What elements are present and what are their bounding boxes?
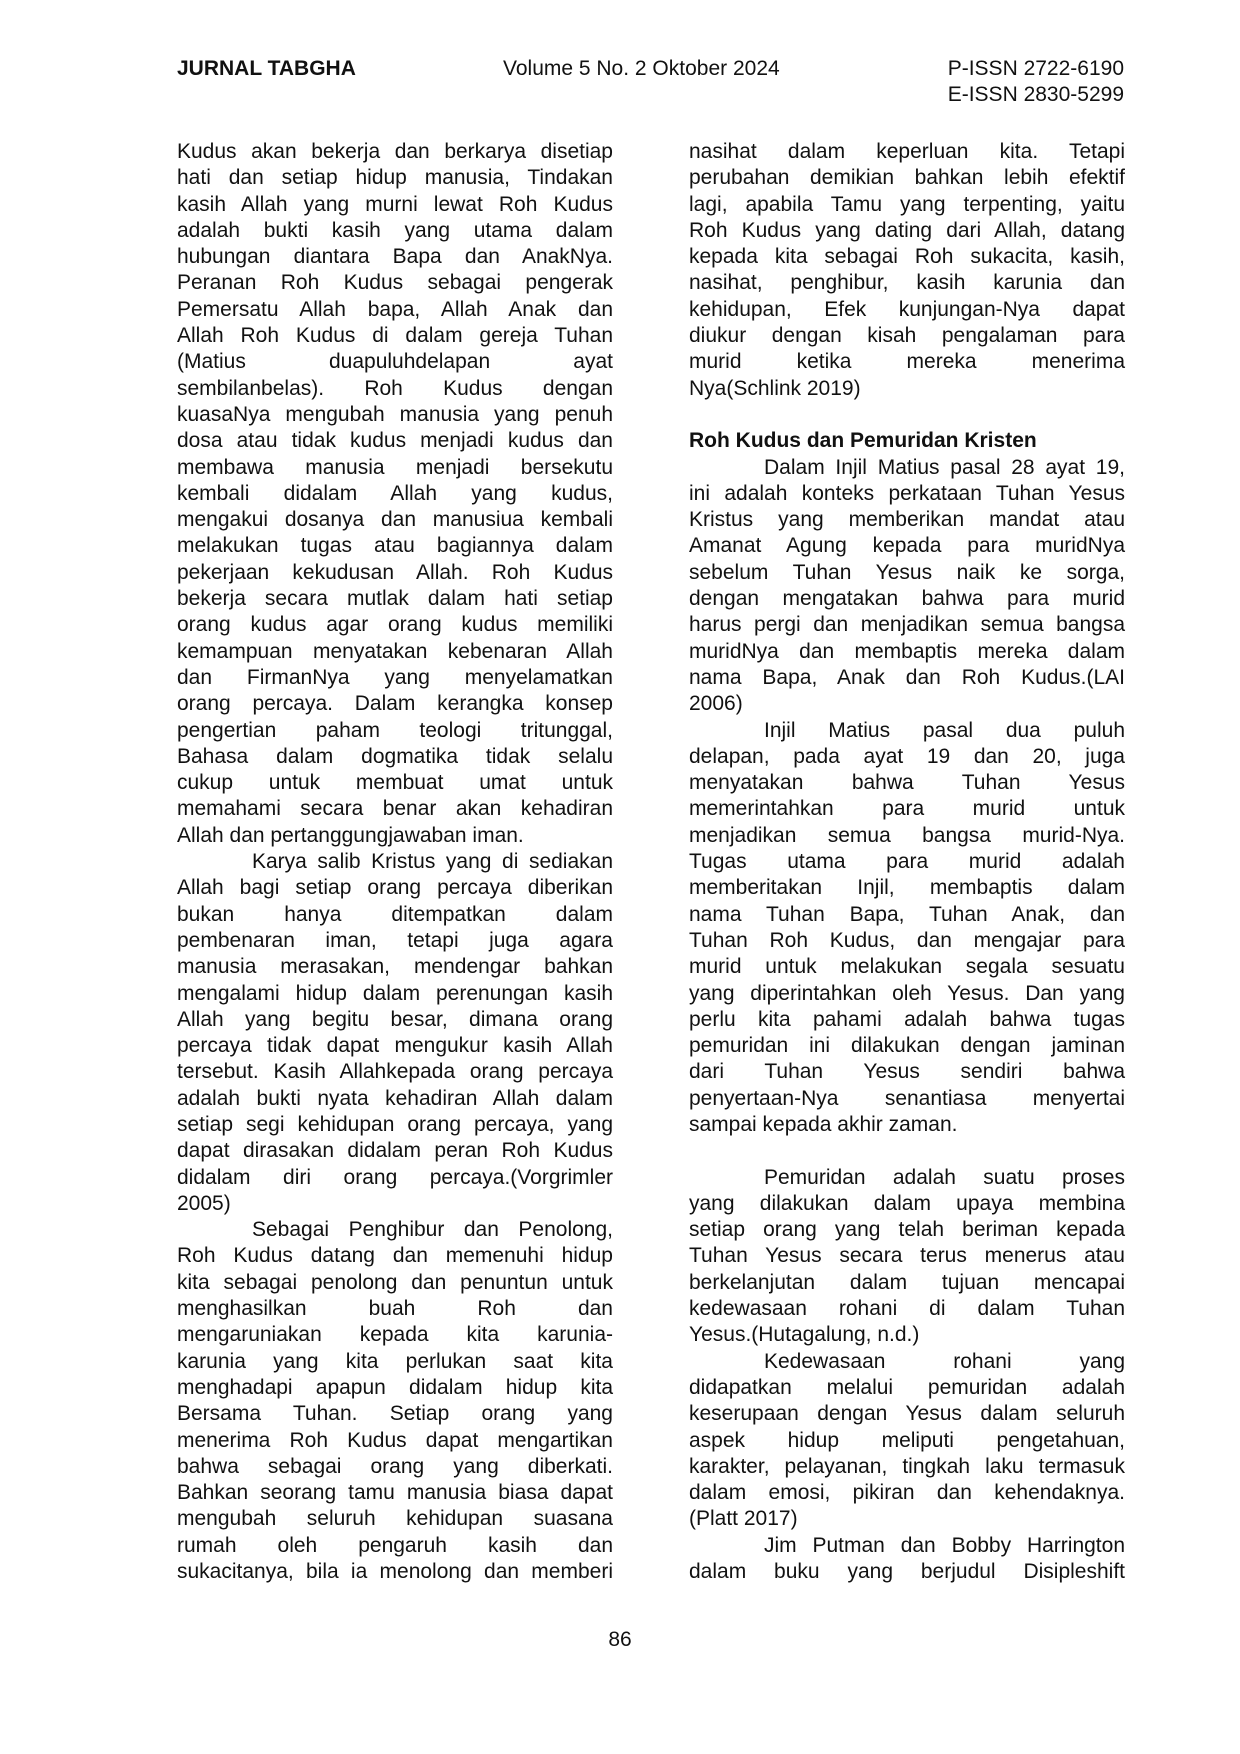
text-line: orang percaya. Dalam kerangka konsep: [177, 691, 613, 717]
text-line: sembilanbelas). Roh Kudus dengan: [177, 376, 613, 402]
text-line: dengan mengatakan bahwa para murid: [689, 586, 1125, 612]
text-line: muridNya dan membaptis mereka dalam: [689, 639, 1125, 665]
text-line: berkelanjutan dalam tujuan mencapai: [689, 1270, 1125, 1296]
text-line: diukur dengan kisah pengalaman para: [689, 323, 1125, 349]
text-line: Pemersatu Allah bapa, Allah Anak dan: [177, 297, 613, 323]
text-line: nasihat, penghibur, kasih karunia dan: [689, 270, 1125, 296]
text-line: mengubah seluruh kehidupan suasana: [177, 1506, 613, 1532]
text-line: dan FirmanNya yang menyelamatkan: [177, 665, 613, 691]
text-line: Allah yang begitu besar, dimana orang: [177, 1007, 613, 1033]
journal-title: JURNAL TABGHA: [177, 56, 356, 82]
text-line: kasih Allah yang murni lewat Roh Kudus: [177, 192, 613, 218]
text-line: (Platt 2017): [689, 1506, 1125, 1532]
text-line: dosa atau tidak kudus menjadi kudus dan: [177, 428, 613, 454]
issn-block: P-ISSN 2722-6190 E-ISSN 2830-5299: [948, 56, 1124, 108]
text-line: murid ketika mereka menerima: [689, 349, 1125, 375]
text-line: dapat dirasakan didalam peran Roh Kudus: [177, 1138, 613, 1164]
text-line: yang dilakukan dalam upaya membina: [689, 1191, 1125, 1217]
text-line: kembali didalam Allah yang kudus,: [177, 481, 613, 507]
text-line: dalam emosi, pikiran dan kehendaknya.: [689, 1480, 1125, 1506]
text-line: keserupaan dengan Yesus dalam seluruh: [689, 1401, 1125, 1427]
text-line: Tuhan Yesus secara terus menerus atau: [689, 1243, 1125, 1269]
text-line: Peranan Roh Kudus sebagai pengerak: [177, 270, 613, 296]
text-line: didalam diri orang percaya.(Vorgrimler: [177, 1165, 613, 1191]
text-line: 2005): [177, 1191, 613, 1217]
text-line: menghasilkan buah Roh dan: [177, 1296, 613, 1322]
section-heading: Roh Kudus dan Pemuridan Kristen: [689, 428, 1125, 454]
text-line: Amanat Agung kepada para muridNya: [689, 533, 1125, 559]
volume-issue: Volume 5 No. 2 Oktober 2024: [503, 56, 780, 82]
text-line: kuasaNya mengubah manusia yang penuh: [177, 402, 613, 428]
text-line: Bahasa dalam dogmatika tidak selalu: [177, 744, 613, 770]
p-issn: P-ISSN 2722-6190: [948, 56, 1124, 82]
right-text-column: nasihat dalam keperluan kita. Tetapiperu…: [689, 139, 1125, 1585]
text-line: (Matius duapuluhdelapan ayat: [177, 349, 613, 375]
text-line: Jim Putman dan Bobby Harrington: [689, 1533, 1125, 1559]
text-line: kedewasaan rohani di dalam Tuhan: [689, 1296, 1125, 1322]
text-line: karakter, pelayanan, tingkah laku termas…: [689, 1454, 1125, 1480]
text-line: yang diperintahkan oleh Yesus. Dan yang: [689, 981, 1125, 1007]
text-line: pembenaran iman, tetapi juga agara: [177, 928, 613, 954]
text-line: menghadapi apapun didalam hidup kita: [177, 1375, 613, 1401]
text-line: karunia yang kita perlukan saat kita: [177, 1349, 613, 1375]
text-line: adalah bukti nyata kehadiran Allah dalam: [177, 1086, 613, 1112]
text-line: delapan, pada ayat 19 dan 20, juga: [689, 744, 1125, 770]
text-line: murid untuk melakukan segala sesuatu: [689, 954, 1125, 980]
left-text-column: Kudus akan bekerja dan berkarya disetiap…: [177, 139, 613, 1585]
text-line: pekerjaan kekudusan Allah. Roh Kudus: [177, 560, 613, 586]
text-line: mengaruniakan kepada kita karunia-: [177, 1322, 613, 1348]
text-line: adalah bukti kasih yang utama dalam: [177, 218, 613, 244]
text-line: Kristus yang memberikan mandat atau: [689, 507, 1125, 533]
text-line: hati dan setiap hidup manusia, Tindakan: [177, 165, 613, 191]
text-line: percaya tidak dapat mengukur kasih Allah: [177, 1033, 613, 1059]
text-line: hubungan diantara Bapa dan AnakNya.: [177, 244, 613, 270]
text-line: dari Tuhan Yesus sendiri bahwa: [689, 1059, 1125, 1085]
text-line: kepada kita sebagai Roh sukacita, kasih,: [689, 244, 1125, 270]
text-line: Kudus akan bekerja dan berkarya disetiap: [177, 139, 613, 165]
text-line: ini adalah konteks perkataan Tuhan Yesus: [689, 481, 1125, 507]
text-line: rumah oleh pengaruh kasih dan: [177, 1533, 613, 1559]
text-line: manusia merasakan, mendengar bahkan: [177, 954, 613, 980]
text-line: Bersama Tuhan. Setiap orang yang: [177, 1401, 613, 1427]
text-line: nama Tuhan Bapa, Tuhan Anak, dan: [689, 902, 1125, 928]
text-line: Karya salib Kristus yang di sediakan: [177, 849, 613, 875]
text-line: Allah dan pertanggungjawaban iman.: [177, 823, 613, 849]
text-line: didapatkan melalui pemuridan adalah: [689, 1375, 1125, 1401]
running-header: JURNAL TABGHA Volume 5 No. 2 Oktober 202…: [177, 56, 1124, 116]
text-line: perlu kita pahami adalah bahwa tugas: [689, 1007, 1125, 1033]
text-line: bukan hanya ditempatkan dalam: [177, 902, 613, 928]
text-line: perubahan demikian bahkan lebih efektif: [689, 165, 1125, 191]
text-line: Bahkan seorang tamu manusia biasa dapat: [177, 1480, 613, 1506]
e-issn: E-ISSN 2830-5299: [948, 82, 1124, 108]
text-line: memahami secara benar akan kehadiran: [177, 796, 613, 822]
text-line: dalam buku yang berjudul Disipleshift: [689, 1559, 1125, 1585]
text-line: Yesus.(Hutagalung, n.d.): [689, 1322, 1125, 1348]
text-line: Kedewasaan rohani yang: [689, 1349, 1125, 1375]
text-line: harus pergi dan menjadikan semua bangsa: [689, 612, 1125, 638]
text-line: Roh Kudus yang dating dari Allah, datang: [689, 218, 1125, 244]
text-line: Tugas utama para murid adalah: [689, 849, 1125, 875]
text-line: Sebagai Penghibur dan Penolong,: [177, 1217, 613, 1243]
text-line: Nya(Schlink 2019): [689, 376, 1125, 402]
text-line: orang kudus agar orang kudus memiliki: [177, 612, 613, 638]
text-line: pengertian paham teologi tritunggal,: [177, 718, 613, 744]
text-line: menyatakan bahwa Tuhan Yesus: [689, 770, 1125, 796]
text-line: Pemuridan adalah suatu proses: [689, 1165, 1125, 1191]
text-line: aspek hidup meliputi pengetahuan,: [689, 1428, 1125, 1454]
text-line: melakukan tugas atau bagiannya dalam: [177, 533, 613, 559]
text-line: setiap segi kehidupan orang percaya, yan…: [177, 1112, 613, 1138]
text-line: tersebut. Kasih Allahkepada orang percay…: [177, 1059, 613, 1085]
text-line: setiap orang yang telah beriman kepada: [689, 1217, 1125, 1243]
text-line: bekerja secara mutlak dalam hati setiap: [177, 586, 613, 612]
text-line: Allah bagi setiap orang percaya diberika…: [177, 875, 613, 901]
text-line: memerintahkan para murid untuk: [689, 796, 1125, 822]
text-line: mengalami hidup dalam perenungan kasih: [177, 981, 613, 1007]
text-line: menjadikan semua bangsa murid-Nya.: [689, 823, 1125, 849]
text-line: kemampuan menyatakan kebenaran Allah: [177, 639, 613, 665]
text-line: membawa manusia menjadi bersekutu: [177, 455, 613, 481]
text-line: sampai kepada akhir zaman.: [689, 1112, 1125, 1138]
text-line: sebelum Tuhan Yesus naik ke sorga,: [689, 560, 1125, 586]
text-line: pemuridan ini dilakukan dengan jaminan: [689, 1033, 1125, 1059]
text-line: kita sebagai penolong dan penuntun untuk: [177, 1270, 613, 1296]
text-line: lagi, apabila Tamu yang terpenting, yait…: [689, 192, 1125, 218]
text-line: kehidupan, Efek kunjungan-Nya dapat: [689, 297, 1125, 323]
page-number: 86: [0, 1627, 1240, 1653]
text-line: nasihat dalam keperluan kita. Tetapi: [689, 139, 1125, 165]
text-line: Allah Roh Kudus di dalam gereja Tuhan: [177, 323, 613, 349]
text-line: memberitakan Injil, membaptis dalam: [689, 875, 1125, 901]
text-line: mengakui dosanya dan manusiua kembali: [177, 507, 613, 533]
text-line: Roh Kudus datang dan memenuhi hidup: [177, 1243, 613, 1269]
text-line: sukacitanya, bila ia menolong dan member…: [177, 1559, 613, 1585]
text-line: 2006): [689, 691, 1125, 717]
text-line: Dalam Injil Matius pasal 28 ayat 19,: [689, 455, 1125, 481]
text-line: bahwa sebagai orang yang diberkati.: [177, 1454, 613, 1480]
text-line: menerima Roh Kudus dapat mengartikan: [177, 1428, 613, 1454]
text-line: Injil Matius pasal dua puluh: [689, 718, 1125, 744]
text-line: cukup untuk membuat umat untuk: [177, 770, 613, 796]
text-line: penyertaan-Nya senantiasa menyertai: [689, 1086, 1125, 1112]
blank-line: [689, 402, 1125, 428]
blank-line: [689, 1138, 1125, 1164]
text-line: nama Bapa, Anak dan Roh Kudus.(LAI: [689, 665, 1125, 691]
text-line: Tuhan Roh Kudus, dan mengajar para: [689, 928, 1125, 954]
